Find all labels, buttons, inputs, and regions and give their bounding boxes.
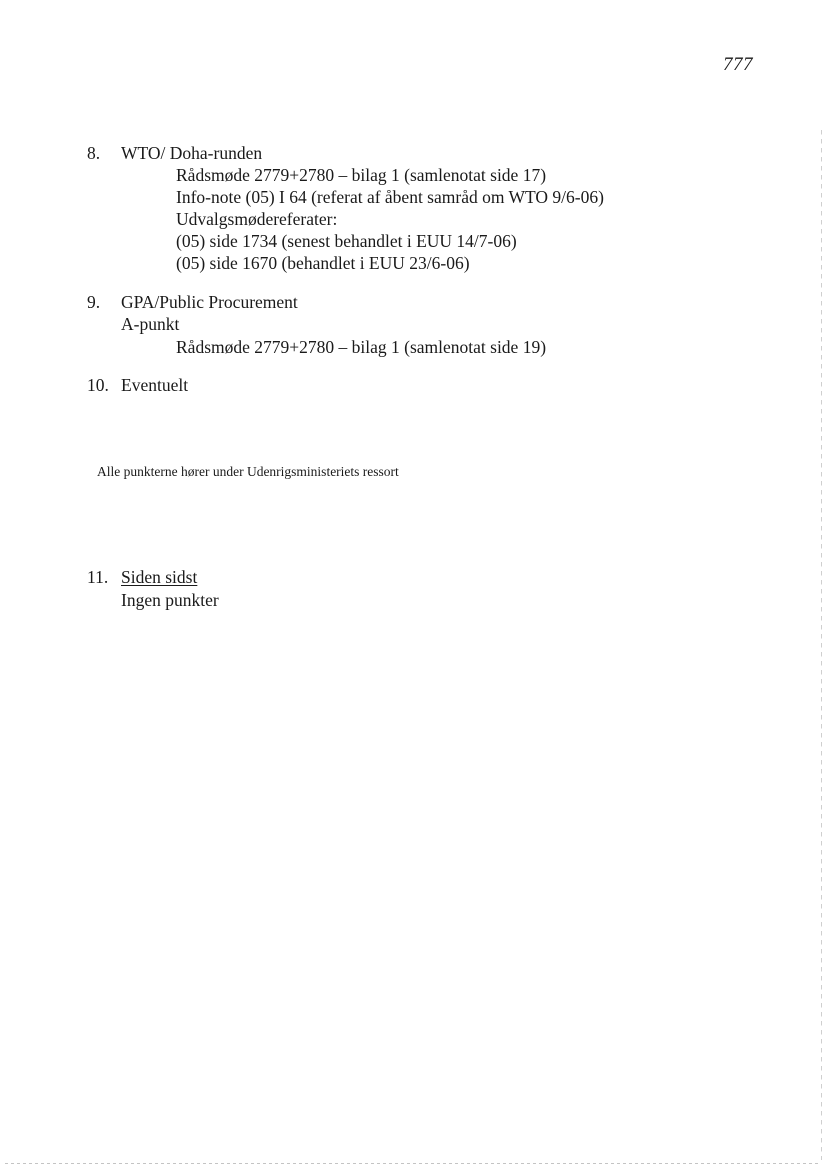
item-line: Info-note (05) I 64 (referat af åbent sa… <box>176 186 604 208</box>
item-number: 8. <box>87 142 100 164</box>
item-title: GPA/Public Procurement <box>121 291 298 313</box>
item-line: Rådsmøde 2779+2780 – bilag 1 (samlenotat… <box>176 336 546 358</box>
page-number: 777 <box>723 54 753 76</box>
item-number: 11. <box>87 566 108 588</box>
scan-edge-right <box>821 130 822 1160</box>
ministry-note: Alle punkterne hører under Udenrigsminis… <box>97 464 399 480</box>
item-number: 10. <box>87 374 109 396</box>
item-line: (05) side 1734 (senest behandlet i EUU 1… <box>176 230 517 252</box>
item-title: Siden sidst <box>121 566 197 588</box>
item-line: (05) side 1670 (behandlet i EUU 23/6-06) <box>176 252 470 274</box>
item-line: Rådsmøde 2779+2780 – bilag 1 (samlenotat… <box>176 164 546 186</box>
item-line: Udvalgsmødereferater: <box>176 208 337 230</box>
item-number: 9. <box>87 291 100 313</box>
item-subtitle: Ingen punkter <box>121 589 219 611</box>
item-title: Eventuelt <box>121 374 188 396</box>
scan-edge-bottom <box>5 1163 820 1164</box>
item-subtitle: A-punkt <box>121 313 179 335</box>
item-title: WTO/ Doha-runden <box>121 142 262 164</box>
